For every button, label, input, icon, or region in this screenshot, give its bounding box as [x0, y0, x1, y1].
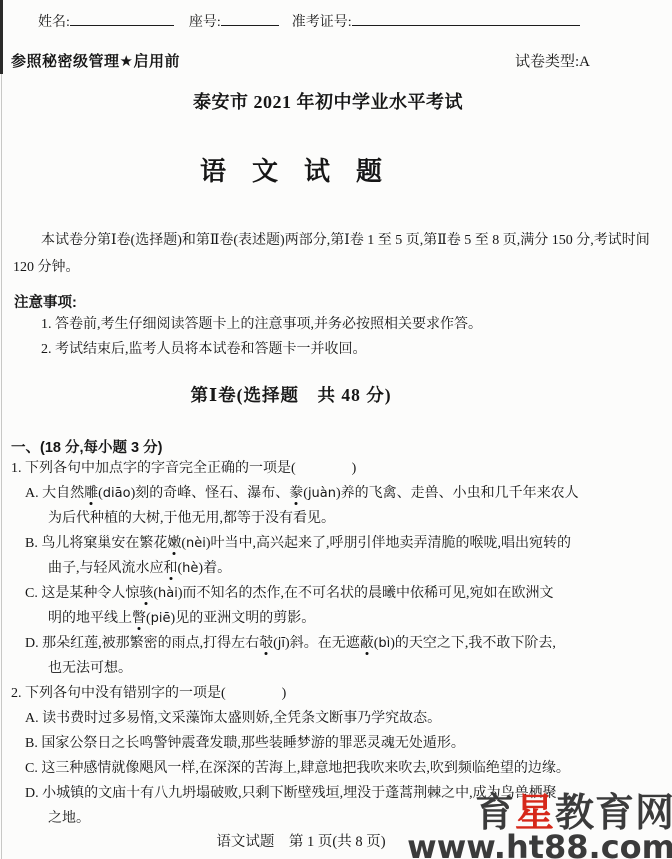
subject-title: 语 文 试 题: [0, 151, 627, 187]
question-1-stem: 1. 下列各句中加点字的字音完全正确的一项是( ): [11, 456, 672, 481]
option-text: 这是某种令人惊骇(hài)而不知名的杰作,在不可名状的晨曦中依稀可见,宛如在欧洲…: [41, 586, 553, 626]
watermark: 育星教育网 www.ht88.com: [407, 794, 672, 859]
scan-artifact-left-edge: [0, 0, 3, 74]
seat-label: 座号:: [189, 15, 221, 30]
scan-artifact-left-edge-faint: [1, 74, 2, 859]
watermark-url: www.ht88.com: [407, 831, 672, 859]
exam-paper-page: 姓名:座号:准考证号: 参照秘密级管理★启用前 试卷类型:A 泰安市 2021 …: [0, 0, 672, 859]
question-2-option-a: A. 读书费时过多易惰,文采藻饰太盛则娇,全凭条文断事乃学究故态。: [25, 706, 603, 731]
section1-title: 一、(18 分,每小题 3 分): [11, 436, 672, 456]
part1-title: 第Ⅰ卷(选择题 共 48 分): [0, 382, 627, 408]
ticket-blank-field[interactable]: [352, 12, 580, 26]
classification-row: 参照秘密级管理★启用前 试卷类型:A: [0, 50, 672, 71]
option-label: D.: [25, 636, 39, 651]
option-label: B.: [25, 536, 38, 551]
question-2-number: 2.: [11, 686, 22, 701]
option-text: 鸟儿将窠巢安在繁花嫩(nèi)叶当中,高兴起来了,呼朋引伴地卖弄清脆的喉咙,唱出…: [41, 536, 571, 576]
option-label: C.: [25, 761, 38, 776]
question-2-text: 下列各句中没有错别字的一项是( ): [25, 686, 286, 701]
question-1-option-b: B. 鸟儿将窠巢安在繁花嫩(nèi)叶当中,高兴起来了,呼朋引伴地卖弄清脆的喉咙…: [25, 531, 583, 581]
name-blank-field[interactable]: [70, 12, 174, 26]
seat-blank-field[interactable]: [221, 12, 279, 26]
option-label: B.: [25, 736, 38, 751]
option-label: D.: [25, 786, 39, 801]
option-label: C.: [25, 586, 38, 601]
name-label: 姓名:: [38, 15, 70, 30]
question-1-option-a: A. 大自然雕(diāo)刻的奇峰、怪石、瀑布、豢(juàn)养的飞禽、走兽、小…: [25, 481, 583, 531]
option-text: 这三种感情就像飓风一样,在深深的苦海上,肆意地把我吹来吹去,吹到频临绝望的边缘。: [41, 761, 570, 776]
question-1-option-c: C. 这是某种令人惊骇(hài)而不知名的杰作,在不可名状的晨曦中依稀可见,宛如…: [25, 581, 565, 631]
exam-title: 泰安市 2021 年初中学业水平考试: [0, 88, 664, 113]
option-text: 大自然雕(diāo)刻的奇峰、怪石、瀑布、豢(juàn)养的飞禽、走兽、小虫和几…: [42, 486, 579, 526]
question-1-option-d: D. 那朵红莲,被那繁密的雨点,打得左右攲(jī)斜。在无遮蔽(bì)的天空之下…: [25, 631, 565, 681]
candidate-info-row: 姓名:座号:准考证号:: [0, 0, 672, 33]
option-label: A.: [25, 711, 39, 726]
secrecy-notice: 参照秘密级管理★启用前: [11, 50, 180, 71]
ticket-label: 准考证号:: [292, 15, 352, 30]
note-item: 1. 答卷前,考生仔细阅读答题卡上的注意事项,并务必按照相关要求作答。: [41, 312, 672, 337]
option-label: A.: [25, 486, 39, 501]
paper-type-label: 试卷类型:A: [515, 50, 590, 71]
note-item: 2. 考试结束后,监考人员将本试卷和答题卡一并收回。: [41, 337, 672, 362]
option-text: 国家公祭日之长鸣警钟震聋发聩,那些装睡梦游的罪恶灵魂无处遁形。: [41, 736, 465, 751]
intro-paragraph: 本试卷分第Ⅰ卷(选择题)和第Ⅱ卷(表述题)两部分,第Ⅰ卷 1 至 5 页,第Ⅱ卷…: [13, 227, 658, 281]
option-text: 读书费时过多易惰,文采藻饰太盛则娇,全凭条文断事乃学究故态。: [42, 711, 441, 726]
question-2-option-c: C. 这三种感情就像飓风一样,在深深的苦海上,肆意地把我吹来吹去,吹到频临绝望的…: [25, 756, 603, 781]
notes-title: 注意事项:: [14, 291, 672, 312]
question-1-text: 下列各句中加点字的字音完全正确的一项是( ): [25, 461, 356, 476]
question-1-number: 1.: [11, 461, 22, 476]
question-2-option-b: B. 国家公祭日之长鸣警钟震聋发聩,那些装睡梦游的罪恶灵魂无处遁形。: [25, 731, 603, 756]
question-2-stem: 2. 下列各句中没有错别字的一项是( ): [11, 681, 672, 706]
option-text: 那朵红莲,被那繁密的雨点,打得左右攲(jī)斜。在无遮蔽(bì)的天空之下,我不…: [42, 636, 556, 676]
